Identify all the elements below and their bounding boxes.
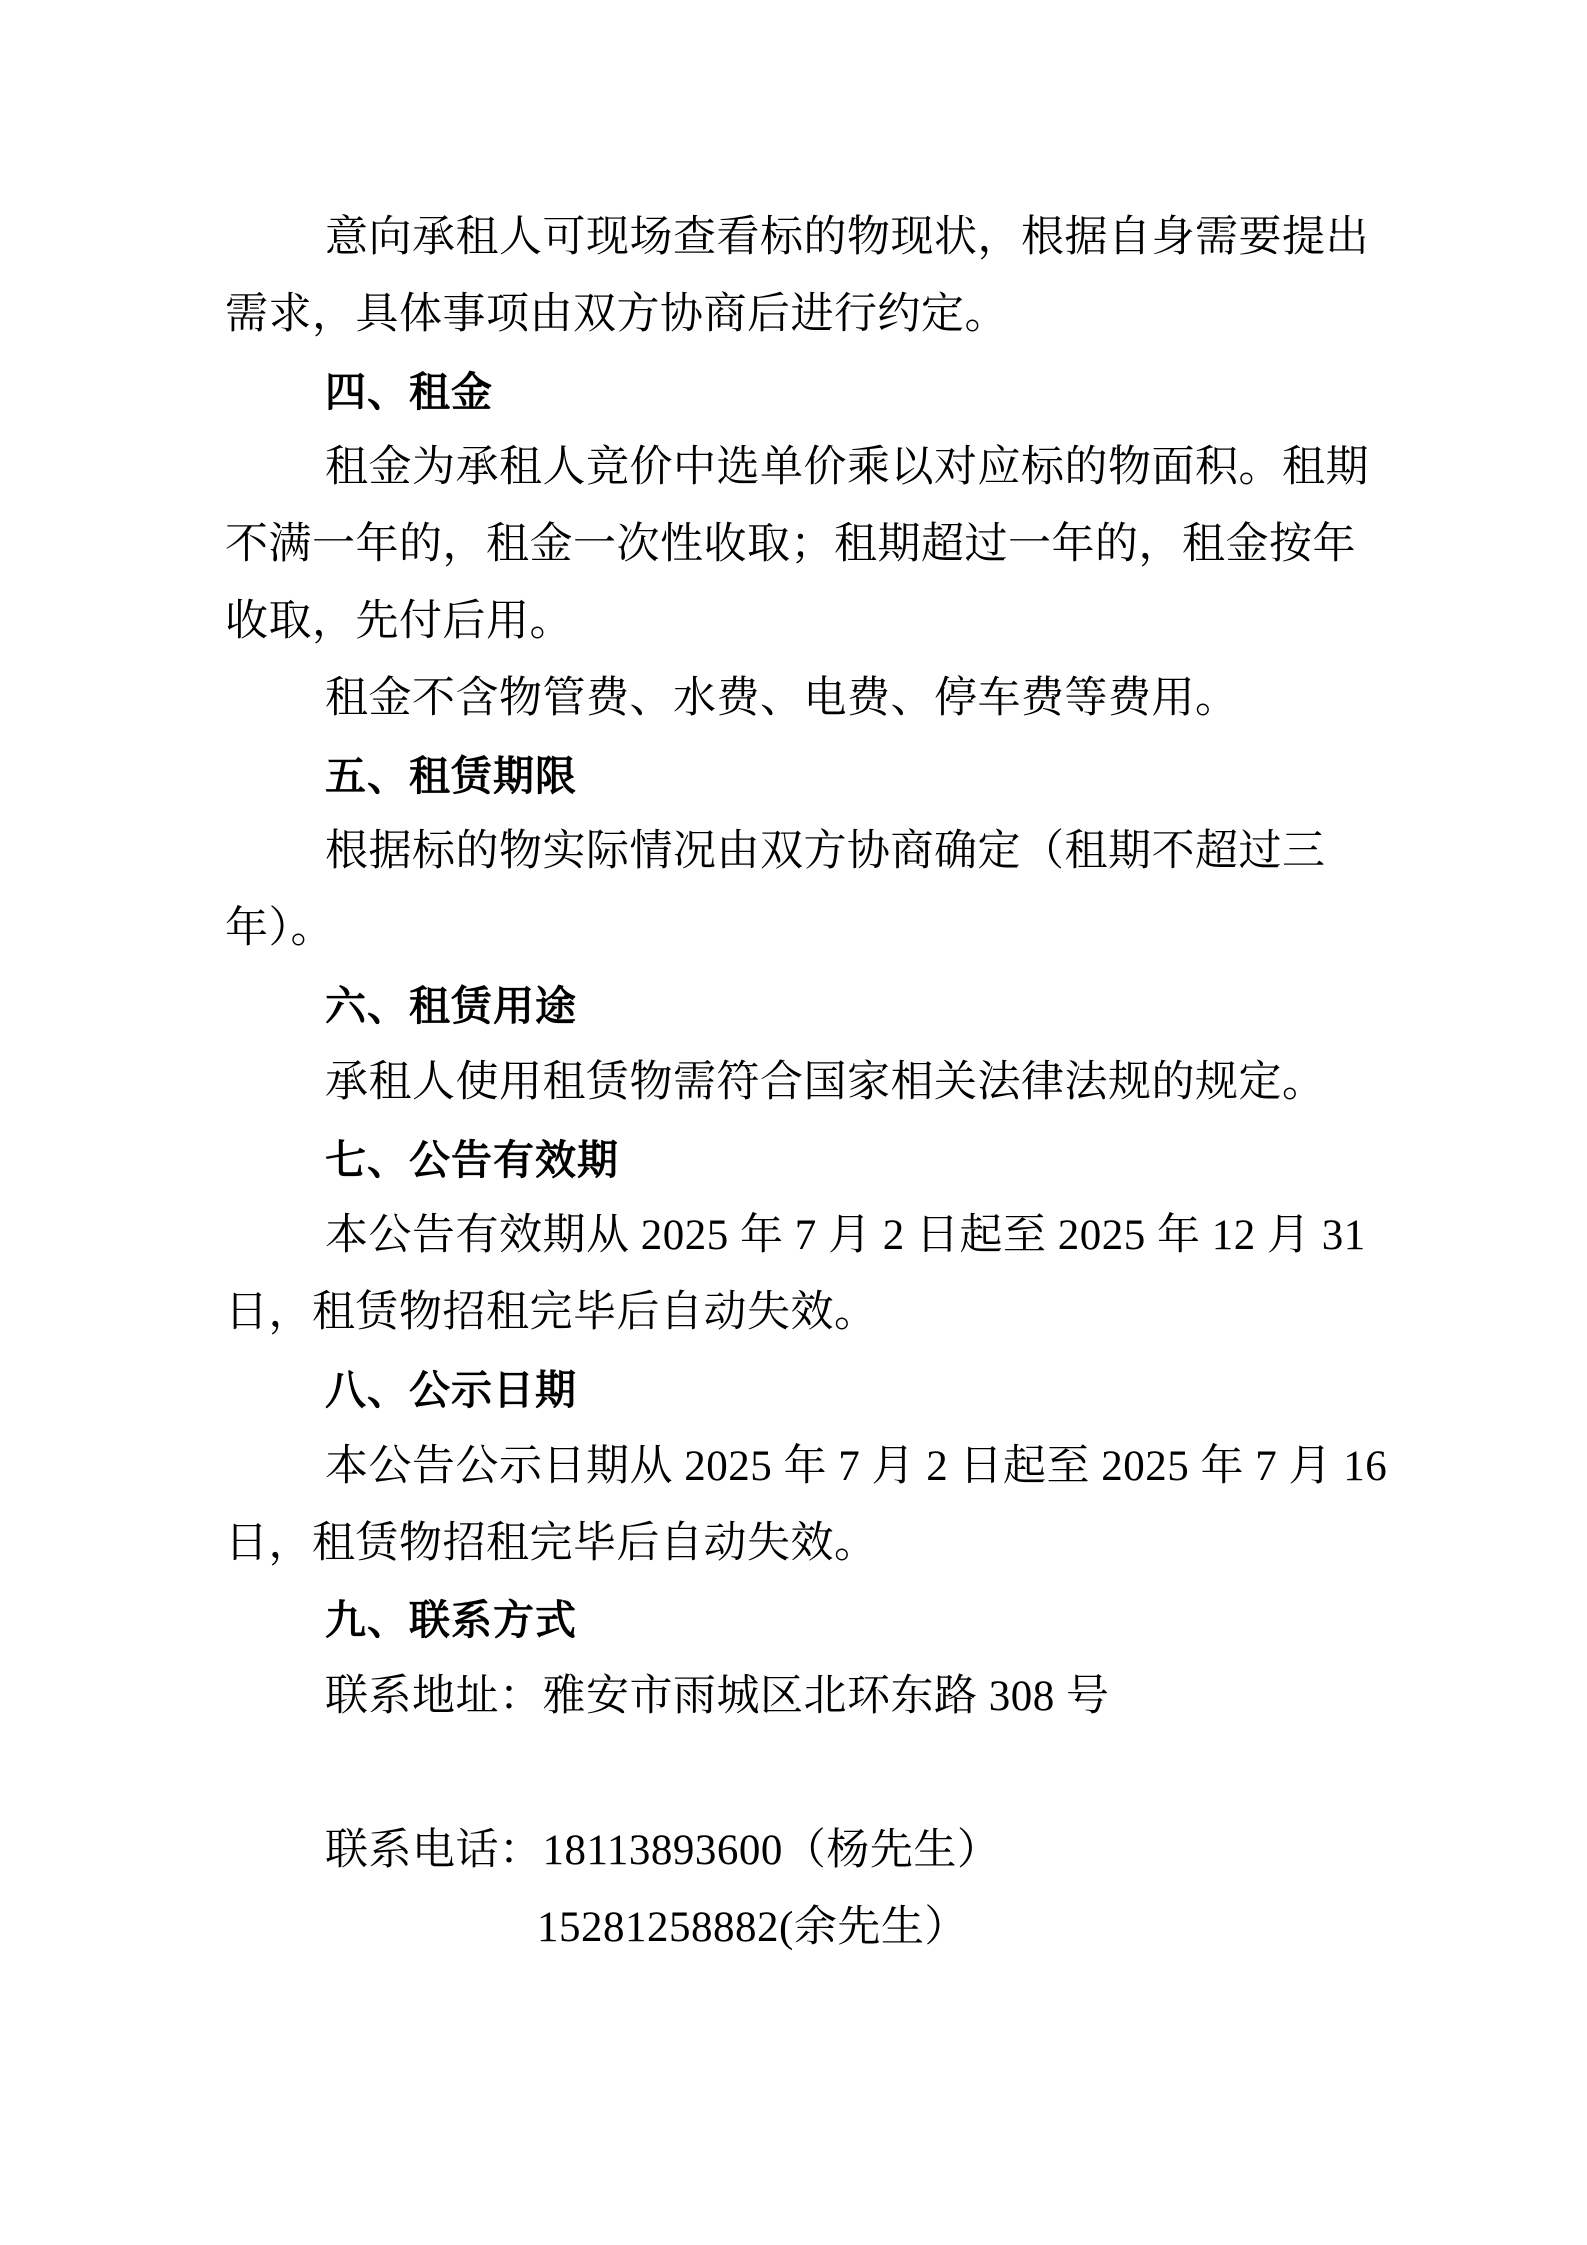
heading-lease-use: 六、租赁用途 [225, 968, 1455, 1045]
contact-address-line: 联系地址：雅安市雨城区北环东路 308 号 [225, 1659, 1455, 1736]
heading-rent: 四、租金 [225, 354, 1455, 431]
intro-line-1: 意向承租人可现场查看标的物现状，根据自身需要提出 [225, 200, 1455, 277]
contact-phone-line-1: 联系电话：18113893600（杨先生） [225, 1813, 1455, 1890]
document-page: 意向承租人可现场查看标的物现状，根据自身需要提出 需求，具体事项由双方协商后进行… [0, 0, 1587, 2245]
blank-line [225, 1736, 1455, 1813]
publicity-line-1: 本公告公示日期从 2025 年 7 月 2 日起至 2025 年 7 月 16 [225, 1429, 1455, 1506]
heading-contact: 九、联系方式 [225, 1582, 1455, 1659]
contact-phone-line-2: 15281258882(余先生） [225, 1890, 1455, 1967]
document-body: 意向承租人可现场查看标的物现状，根据自身需要提出 需求，具体事项由双方协商后进行… [225, 200, 1455, 1966]
heading-publicity-period: 八、公示日期 [225, 1352, 1455, 1429]
rent-line-1: 租金为承租人竞价中选单价乘以对应标的物面积。租期 [225, 430, 1455, 507]
intro-line-2: 需求，具体事项由双方协商后进行约定。 [225, 277, 1455, 354]
lease-term-line-2: 年）。 [225, 891, 1455, 968]
rent-line-2: 不满一年的，租金一次性收取；租期超过一年的，租金按年 [225, 507, 1455, 584]
heading-validity-period: 七、公告有效期 [225, 1122, 1455, 1199]
validity-line-2: 日，租赁物招租完毕后自动失效。 [225, 1275, 1455, 1352]
validity-line-1: 本公告有效期从 2025 年 7 月 2 日起至 2025 年 12 月 31 [225, 1198, 1455, 1275]
rent-line-3: 收取，先付后用。 [225, 584, 1455, 661]
lease-term-line-1: 根据标的物实际情况由双方协商确定（租期不超过三 [225, 814, 1455, 891]
lease-use-line-1: 承租人使用租赁物需符合国家相关法律法规的规定。 [225, 1045, 1455, 1122]
heading-lease-term: 五、租赁期限 [225, 738, 1455, 815]
publicity-line-2: 日，租赁物招租完毕后自动失效。 [225, 1506, 1455, 1583]
rent-line-4: 租金不含物管费、水费、电费、停车费等费用。 [225, 661, 1455, 738]
